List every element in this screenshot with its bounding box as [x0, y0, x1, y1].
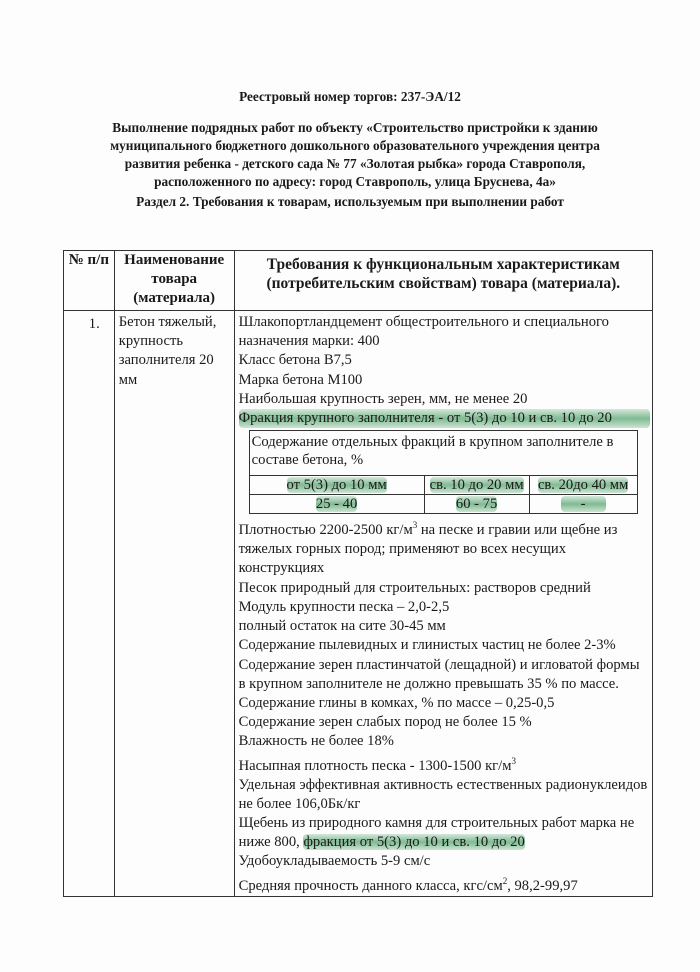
fraction-header: св. 20до 40 мм	[538, 477, 628, 493]
spec-line: Содержание глины в комках, % по массе – …	[239, 694, 650, 713]
spec-line: Шлакопортландцемент общестроительного и …	[239, 313, 650, 351]
col-header-num: № п/п	[64, 251, 115, 311]
fraction-header: от 5(3) до 10 мм	[287, 477, 387, 493]
spec-line-strength: Средняя прочность данного класса, кгс/см…	[239, 872, 650, 896]
row-number: 1.	[64, 311, 115, 897]
spec-line-density: Плотностью 2200-2500 кг/м3 на песке и гр…	[239, 516, 650, 578]
fraction-value: -	[561, 496, 606, 512]
spec-line: Содержание зерен пластинчатой (лещадной)…	[239, 656, 650, 694]
spec-line: Влажность не более 18%	[239, 732, 650, 751]
material-name: Бетон тяжелый, крупность заполнителя 20 …	[114, 311, 234, 897]
spec-line: полный остаток на сите 30-45 мм	[239, 617, 650, 636]
spec-line: Наибольшая крупность зерен, мм, не менее…	[239, 390, 650, 409]
col-header-name: Наименование товара (материала)	[114, 251, 234, 311]
object-title: Выполнение подрядных работ по объекту «С…	[95, 119, 615, 191]
spec-line-gravel: Щебень из природного камня для строитель…	[239, 814, 650, 852]
spec-line: Удобоукладываемость 5-9 см/с	[239, 852, 650, 871]
fraction-table-caption: Содержание отдельных фракций в крупном з…	[249, 431, 637, 476]
table-row: 1. Бетон тяжелый, крупность заполнителя …	[64, 311, 653, 897]
spec-line: Класс бетона В7,5	[239, 351, 650, 370]
col-header-requirements: Требования к функциональным характеристи…	[234, 251, 652, 311]
requirements-table: № п/п Наименование товара (материала) Тр…	[63, 250, 653, 897]
fraction-value: 25 - 40	[316, 496, 357, 512]
fraction-value: 60 - 75	[456, 496, 497, 512]
spec-line: Модуль крупности песка – 2,0-2,5	[239, 598, 650, 617]
fraction-header: св. 10 до 20 мм	[430, 477, 524, 493]
spec-line: Удельная эффективная активность естестве…	[239, 776, 650, 814]
spec-line: Песок природный для строительных: раство…	[239, 579, 650, 598]
highlighted-fraction: Фракция крупного заполнителя - от 5(3) д…	[239, 409, 650, 428]
spec-line: Марка бетона М100	[239, 371, 650, 390]
registry-number: Реестровый номер торгов: 237-ЭА/12	[0, 88, 700, 106]
spec-line: Содержание зерен слабых пород не более 1…	[239, 713, 650, 732]
table-header-row: № п/п Наименование товара (материала) Тр…	[64, 251, 653, 311]
fraction-table: Содержание отдельных фракций в крупном з…	[249, 430, 638, 514]
spec-line: Содержание пылевидных и глинистых частиц…	[239, 636, 650, 655]
material-spec: Шлакопортландцемент общестроительного и …	[234, 311, 652, 897]
section-title: Раздел 2. Требования к товарам, использу…	[0, 193, 700, 211]
spec-line-bulk-density: Насыпная плотность песка - 1300-1500 кг/…	[239, 752, 650, 776]
